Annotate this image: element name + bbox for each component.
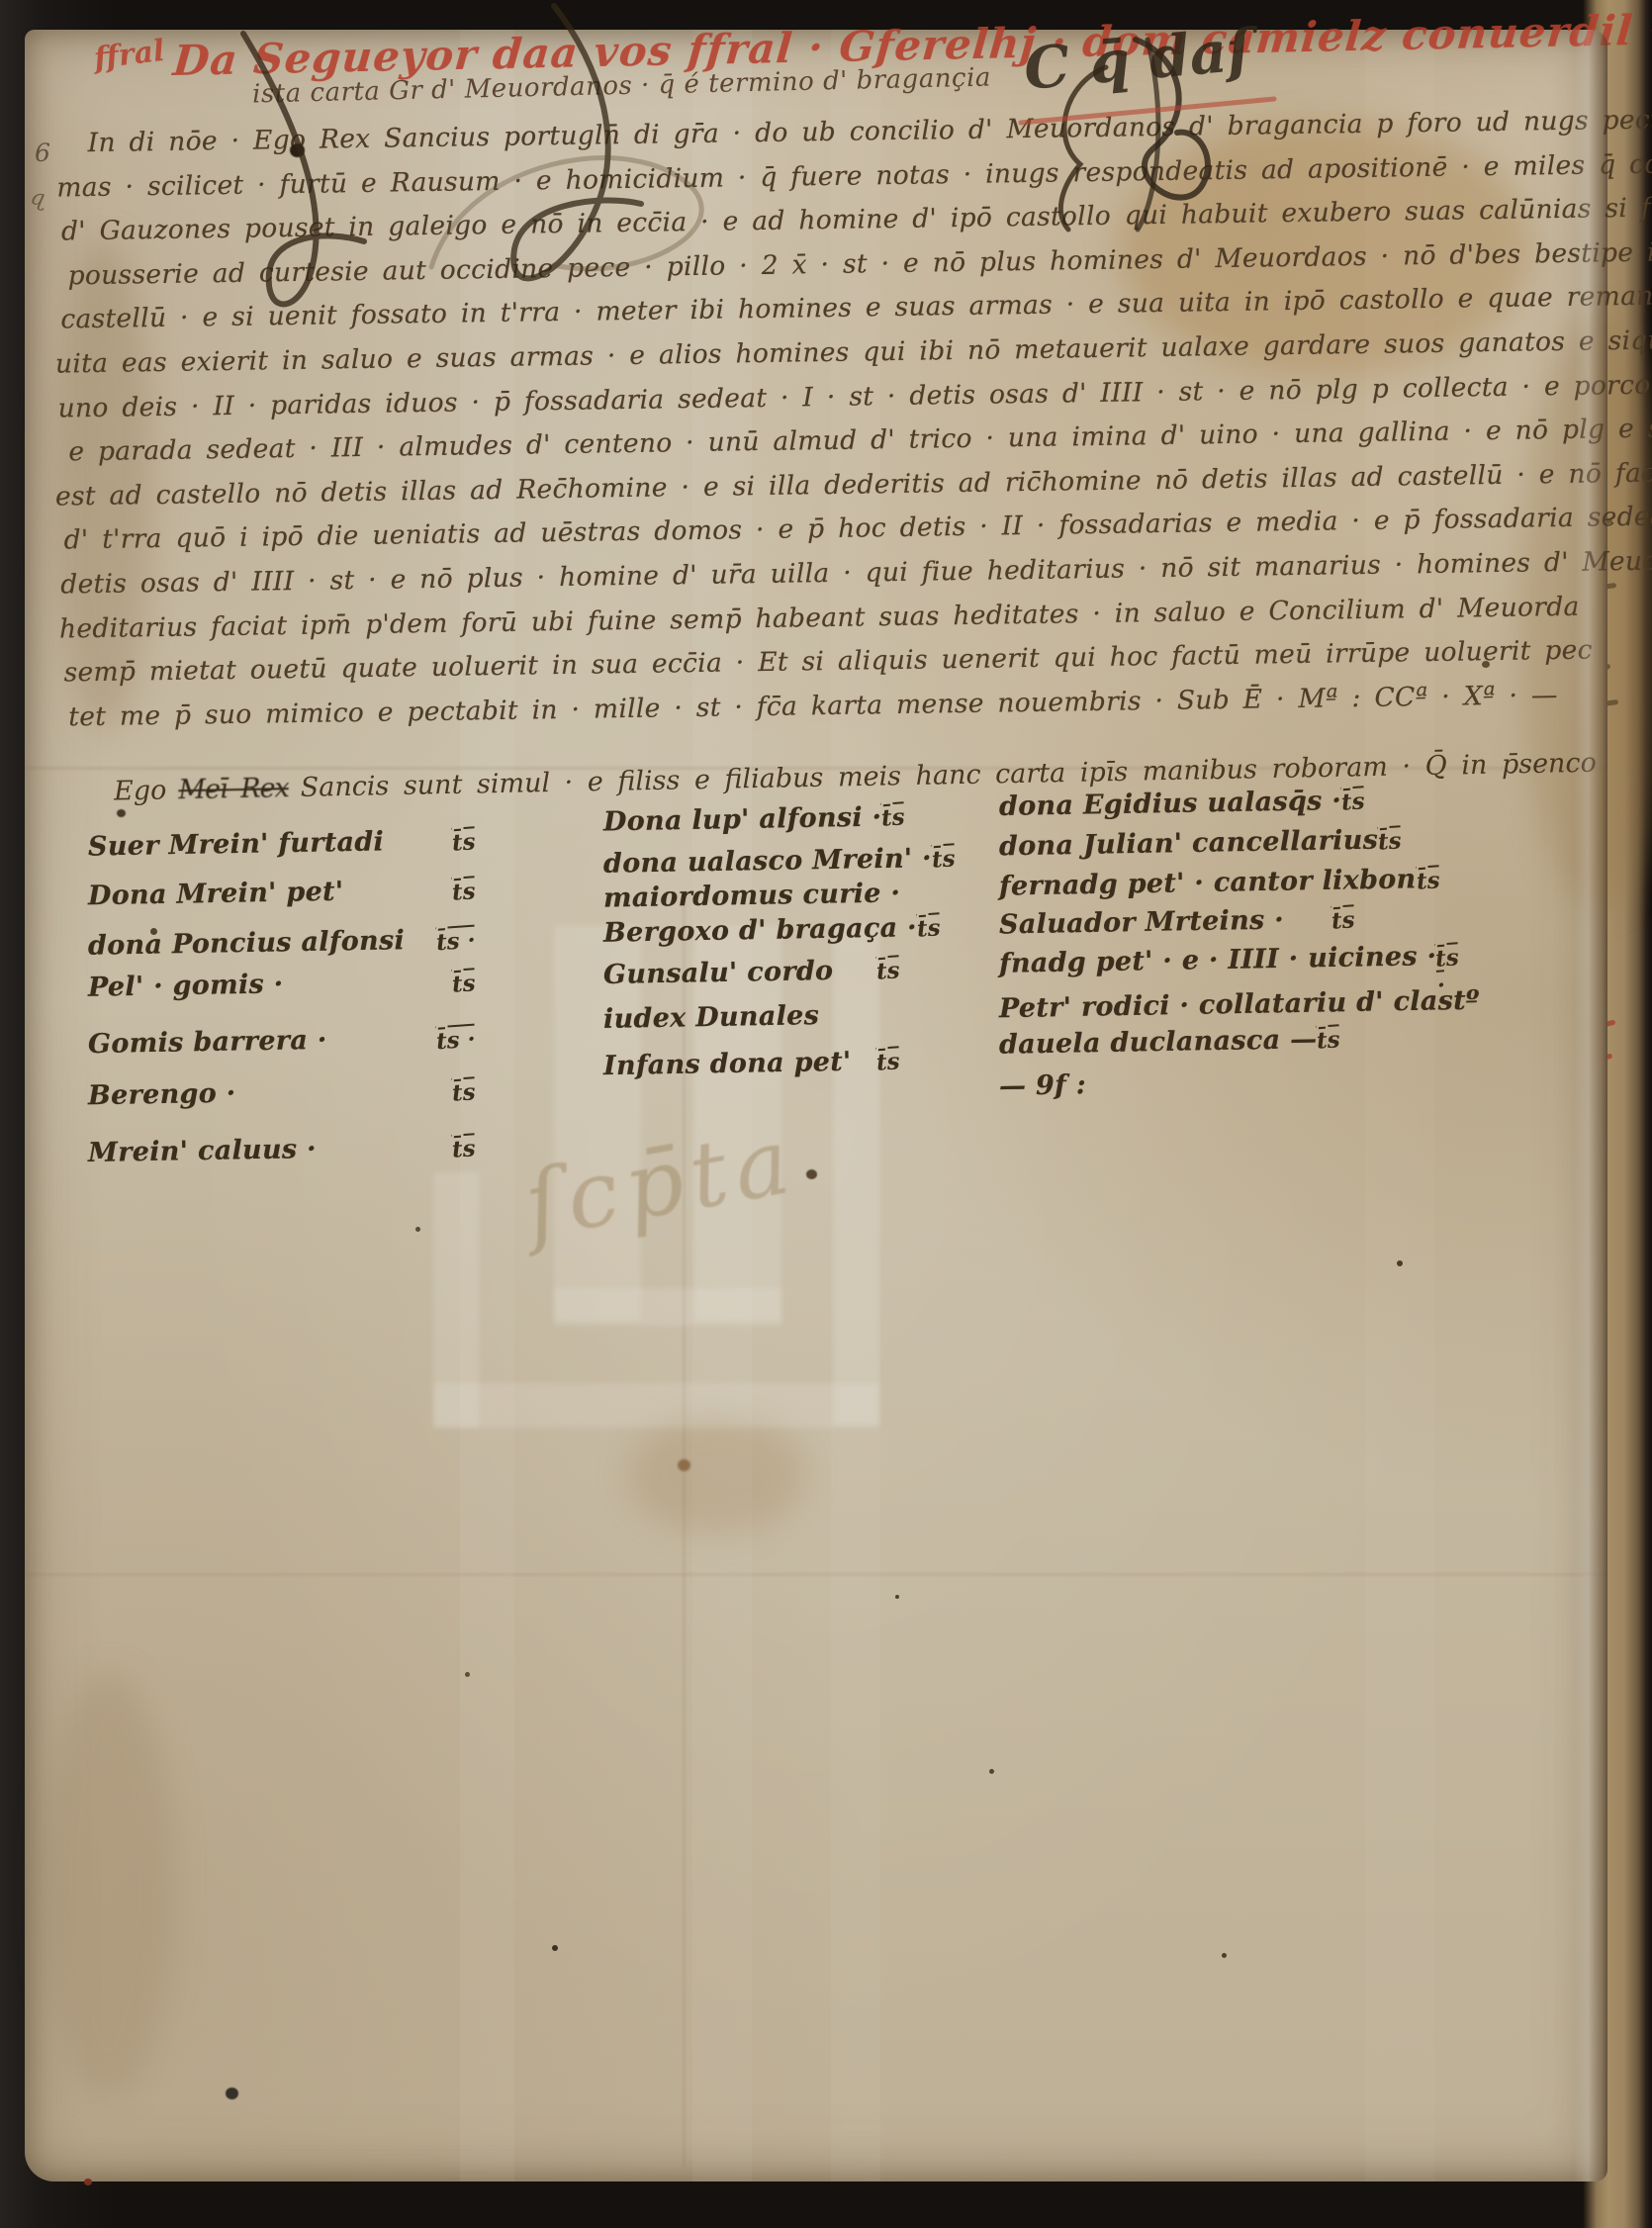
ink-speck — [895, 1595, 899, 1599]
faded-scripta-note: ſcp̄ta — [517, 1107, 805, 1258]
witness-row: dona Julian' cancellariust̄s — [999, 828, 1355, 859]
witness-row: Berengo ·t̄s — [88, 1079, 476, 1110]
witness-row: Pel' · gomis ·t̄s — [88, 971, 476, 1001]
witness-name: fnadg pet' · e · IIII · uicines · — [999, 941, 1437, 979]
witness-row: Infans dona pet't̄s — [603, 1049, 900, 1079]
witness-row: Petr' rodici · collatariu d' clastº — [999, 989, 1355, 1020]
fold-crease — [683, 900, 686, 2167]
testis-mark: t̄s — [1340, 788, 1365, 816]
witness-row: Dona Mrein' pet't̄s — [88, 879, 476, 909]
witness-row: Gunsalu' cordot̄s — [603, 958, 900, 988]
corroboration-line: EgoMeī RexSancis sunt simul · e filiss e… — [114, 747, 1608, 806]
ink-speck — [117, 809, 126, 817]
rubric-margin-label: ffral — [92, 34, 166, 76]
testis-mark: t̄s — [880, 803, 905, 832]
witness-row: dona Egidius ualasq̄s ·t̄s — [999, 789, 1355, 819]
witness-row: Bergoxo d' bragaça ·t̄s — [603, 915, 900, 946]
witness-name: Mrein' caluus · — [88, 1134, 317, 1168]
testis-mark: t̄s — [1416, 867, 1440, 895]
witness-row: dona Poncius alfonsit̄s · — [88, 928, 476, 959]
ink-speck — [1397, 1260, 1403, 1266]
witness-name: Infans dona pet' — [603, 1047, 852, 1081]
witness-name: iudex Dunales — [603, 1000, 820, 1035]
parchment-stain — [45, 1672, 173, 2097]
witness-name: Dona lup' alfonsi · — [603, 802, 882, 838]
testis-mark: t̄s — [876, 1048, 901, 1076]
ink-speck — [290, 143, 305, 157]
witness-name: Saluador Mrteins · — [999, 904, 1284, 940]
testis-mark: t̄s — [452, 1078, 477, 1107]
witness-name: Suer Mrein' furtadi — [88, 826, 385, 862]
fold-crease — [25, 1573, 1607, 1576]
testis-mark: t̄s — [931, 845, 956, 874]
parchment-page: ffral Da Segueyor daa vos ffral · Gferel… — [25, 30, 1607, 2182]
ink-speck — [1482, 661, 1490, 668]
corroboration-prefix: Ego — [114, 775, 167, 806]
ink-speck — [552, 1945, 558, 1951]
testis-mark: t̄s — [452, 878, 477, 906]
witness-name: Gomis barrera · — [88, 1025, 327, 1060]
testis-mark: t̄s — [452, 828, 477, 857]
archive-watermark-bar — [433, 1383, 879, 1428]
ink-speck — [1222, 1953, 1227, 1958]
witness-name: Bergoxo d' bragaça · — [603, 912, 917, 949]
witness-row: Dona lup' alfonsi ·t̄s — [603, 804, 900, 835]
ink-speck — [150, 928, 157, 935]
witness-name: maiordomus curie · — [603, 878, 901, 913]
ink-speck — [226, 2088, 238, 2099]
witness-name: dona Julian' cancellarius — [999, 825, 1379, 863]
testis-mark: t̄s · — [436, 1026, 477, 1056]
witness-row: Gomis barrera ·t̄s · — [88, 1027, 476, 1058]
ink-speck — [678, 1459, 690, 1471]
archive-watermark-bar — [834, 925, 879, 1425]
witness-name: Dona Mrein' pet' — [88, 877, 344, 912]
struck-text: Meī Rex — [178, 773, 289, 805]
ink-speck — [465, 1672, 470, 1677]
witness-name: Berengo · — [88, 1078, 236, 1112]
testis-mark: t̄s · — [436, 927, 477, 957]
testis-mark: t̄s — [1331, 906, 1356, 935]
archive-watermark-bar — [554, 1288, 781, 1326]
witness-name: dona Egidius ualasq̄s · — [999, 786, 1342, 822]
witness-row: Saluador Mrteins ·t̄s — [999, 907, 1355, 938]
ink-speck — [84, 2179, 92, 2185]
witness-name: Petr' rodici · collatariu d' clastº — [999, 985, 1480, 1024]
testis-mark: t̄s — [1316, 1026, 1340, 1055]
testis-mark: t̄s — [452, 970, 477, 998]
testis-mark: t̄s — [452, 1135, 477, 1163]
charter-text-block: In di nōe · Ego Rex Sancius portugln̄ di… — [49, 105, 1606, 745]
witness-name: — 9f : — [999, 1069, 1086, 1102]
witness-name: Pel' · gomis · — [88, 969, 284, 1002]
ink-speck — [415, 1227, 420, 1232]
witness-name: fernadg pet' · cantor lixbon — [999, 864, 1417, 901]
witness-name: dauela duclanasca — — [999, 1024, 1318, 1061]
witness-name: dona ualasco Mrein' · — [603, 843, 932, 880]
margin-squiggle: ɋ — [29, 185, 47, 212]
witness-row: dauela duclanasca —t̄s — [999, 1027, 1286, 1058]
ink-speck — [989, 1769, 994, 1774]
margin-numeral: 6 — [35, 139, 50, 167]
testis-mark: t̄s — [876, 957, 901, 985]
manuscript-scan: ffral Da Segueyor daa vos ffral · Gferel… — [0, 0, 1652, 2228]
witness-row: dona ualasco Mrein' ·t̄s — [603, 846, 900, 877]
testis-mark: t̄s — [1377, 827, 1402, 856]
parchment-stain — [628, 1415, 806, 1533]
witness-row: fernadg pet' · cantor lixbont̄s — [999, 868, 1355, 898]
witness-name: Gunsalu' cordo — [603, 956, 834, 990]
witness-row: — 9f : — [999, 1070, 1355, 1101]
archive-watermark-bar — [433, 1172, 479, 1428]
witness-name: dona Poncius alfonsi — [88, 925, 406, 962]
testis-mark: t̄s — [916, 914, 941, 943]
ink-speck — [806, 1169, 817, 1179]
witness-row: iudex Dunales — [603, 1002, 900, 1033]
witness-row: Suer Mrein' furtadit̄s — [88, 829, 476, 860]
witness-row: maiordomus curie · — [603, 881, 900, 911]
corroboration-rest: Sancis sunt simul · e filiss e filiabus … — [300, 748, 1597, 803]
witness-row: Mrein' caluus ·t̄s — [88, 1136, 476, 1166]
